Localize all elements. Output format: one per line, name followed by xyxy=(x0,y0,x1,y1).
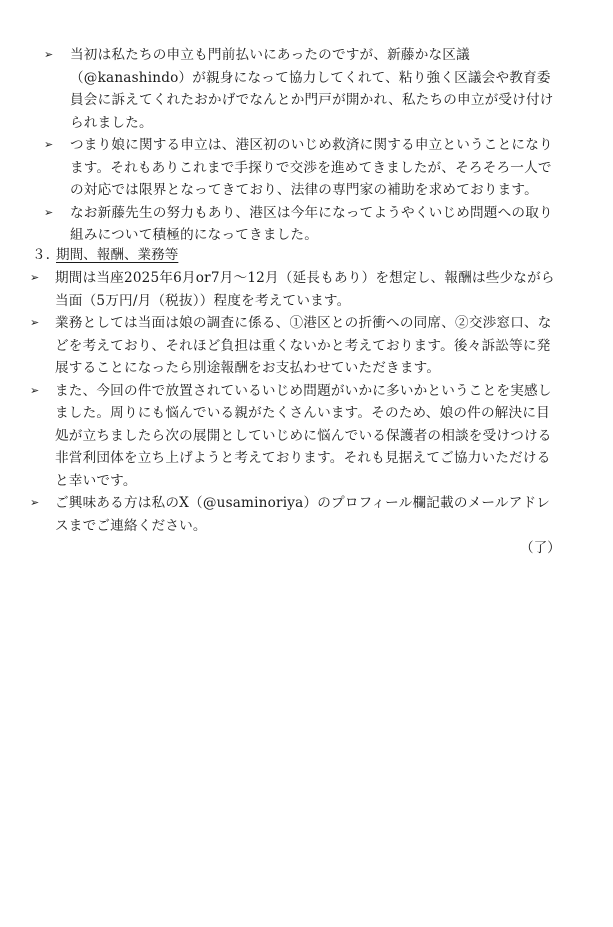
section2-bullet-list: ➢ 当初は私たちの申立も門前払いにあったのですが、新藤かな区議（@kanashi… xyxy=(45,44,555,247)
arrow-bullet-icon: ➢ xyxy=(44,202,53,225)
bullet-text: また、今回の件で放置されているいじめ問題がいかに多いかということを実感しました。… xyxy=(30,380,555,493)
arrow-bullet-icon: ➢ xyxy=(30,380,39,403)
arrow-bullet-icon: ➢ xyxy=(44,134,53,157)
document-page: ➢ 当初は私たちの申立も門前払いにあったのですが、新藤かな区議（@kanashi… xyxy=(0,0,613,927)
bullet-text: つまり娘に関する申立は、港区初のいじめ救済に関する申立ということになります。それ… xyxy=(45,134,555,202)
bullet-text: 期間は当座2025年6月or7月～12月（延長もあり）を想定し、報酬は些少ながら… xyxy=(30,267,555,312)
list-item: ➢ 業務としては当面は娘の調査に係る、①港区との折衝への同席、②交渉窓口、などを… xyxy=(30,312,555,380)
list-item: ➢ なお新藤先生の努力もあり、港区は今年になってようやくいじめ問題への取り組みに… xyxy=(45,202,555,247)
bullet-text: 当初は私たちの申立も門前払いにあったのですが、新藤かな区議（@kanashind… xyxy=(45,44,555,134)
arrow-bullet-icon: ➢ xyxy=(30,267,39,290)
bullet-text: ご興味ある方は私のX（@usaminoriya）のプロフィール欄記載のメールアド… xyxy=(30,492,555,537)
bullet-text: 業務としては当面は娘の調査に係る、①港区との折衝への同席、②交渉窓口、などを考え… xyxy=(30,312,555,380)
bullet-text: なお新藤先生の努力もあり、港区は今年になってようやくいじめ問題への取り組みについ… xyxy=(45,202,555,247)
section-number: ３. xyxy=(32,244,56,267)
list-item: ➢ つまり娘に関する申立は、港区初のいじめ救済に関する申立ということになります。… xyxy=(45,134,555,202)
list-item: ➢ 当初は私たちの申立も門前払いにあったのですが、新藤かな区議（@kanashi… xyxy=(45,44,555,134)
arrow-bullet-icon: ➢ xyxy=(30,492,39,515)
section-heading: ３.期間、報酬、業務等 xyxy=(32,244,178,267)
arrow-bullet-icon: ➢ xyxy=(44,44,53,67)
arrow-bullet-icon: ➢ xyxy=(30,312,39,335)
closing-mark: （了） xyxy=(520,537,561,559)
list-item: ➢ また、今回の件で放置されているいじめ問題がいかに多いかということを実感しまし… xyxy=(30,380,555,493)
list-item: ➢ 期間は当座2025年6月or7月～12月（延長もあり）を想定し、報酬は些少な… xyxy=(30,267,555,312)
section3-bullet-list: ➢ 期間は当座2025年6月or7月～12月（延長もあり）を想定し、報酬は些少な… xyxy=(30,267,555,537)
section-title: 期間、報酬、業務等 xyxy=(56,247,178,263)
list-item: ➢ ご興味ある方は私のX（@usaminoriya）のプロフィール欄記載のメール… xyxy=(30,492,555,537)
